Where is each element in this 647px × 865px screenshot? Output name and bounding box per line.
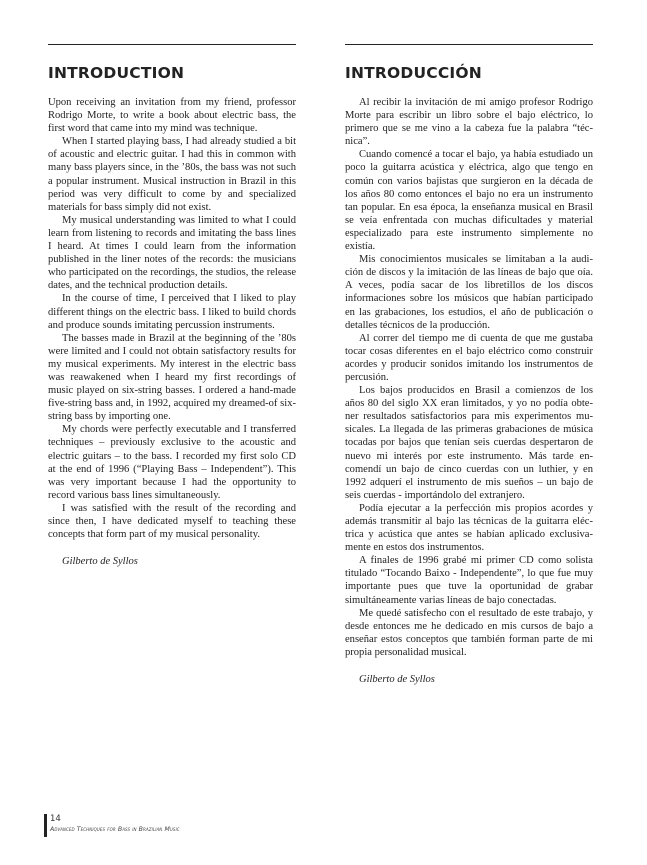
paragraph: A finales de 1996 grabé mi primer CD com… bbox=[345, 554, 593, 606]
spanish-column: INTRODUCCIÓN Al recibir la invitación de… bbox=[345, 44, 593, 686]
paragraph: Me quedé satisfecho con el resultado de … bbox=[345, 607, 593, 659]
paragraph: When I started playing bass, I had alrea… bbox=[48, 135, 296, 214]
top-rule bbox=[48, 44, 296, 45]
page-footer: 14 Advanced Techniques for Bass in Brazi… bbox=[44, 814, 180, 837]
body-text: Upon receiving an invitation from my fri… bbox=[48, 96, 296, 541]
running-title: Advanced Techniques for Bass in Brazilia… bbox=[50, 825, 180, 835]
top-rule bbox=[345, 44, 593, 45]
paragraph: Mis conocimientos musicales se limitaban… bbox=[345, 253, 593, 332]
paragraph: Podía ejecutar a la perfección mis propi… bbox=[345, 502, 593, 554]
signature: Gilberto de Syllos bbox=[345, 673, 593, 686]
paragraph: In the course of time, I perceived that … bbox=[48, 292, 296, 331]
page-number: 14 bbox=[50, 814, 180, 825]
paragraph: My musical understanding was limited to … bbox=[48, 214, 296, 293]
paragraph: The basses made in Brazil at the beginni… bbox=[48, 332, 296, 424]
paragraph: Cuando comencé a tocar el bajo, ya había… bbox=[345, 148, 593, 253]
body-text: Al recibir la invitación de mi amigo pro… bbox=[345, 96, 593, 659]
section-heading: INTRODUCTION bbox=[48, 63, 296, 83]
paragraph: My chords were perfectly executable and … bbox=[48, 423, 296, 502]
english-column: INTRODUCTION Upon receiving an invitatio… bbox=[48, 44, 296, 568]
section-heading: INTRODUCCIÓN bbox=[345, 63, 593, 83]
paragraph: Los bajos producidos en Brasil a comienz… bbox=[345, 384, 593, 502]
paragraph: Upon receiving an invitation from my fri… bbox=[48, 96, 296, 135]
paragraph: I was satisfied with the result of the r… bbox=[48, 502, 296, 541]
paragraph: Al recibir la invitación de mi amigo pro… bbox=[345, 96, 593, 148]
paragraph: Al correr del tiempo me di cuenta de que… bbox=[345, 332, 593, 384]
signature: Gilberto de Syllos bbox=[48, 555, 296, 568]
